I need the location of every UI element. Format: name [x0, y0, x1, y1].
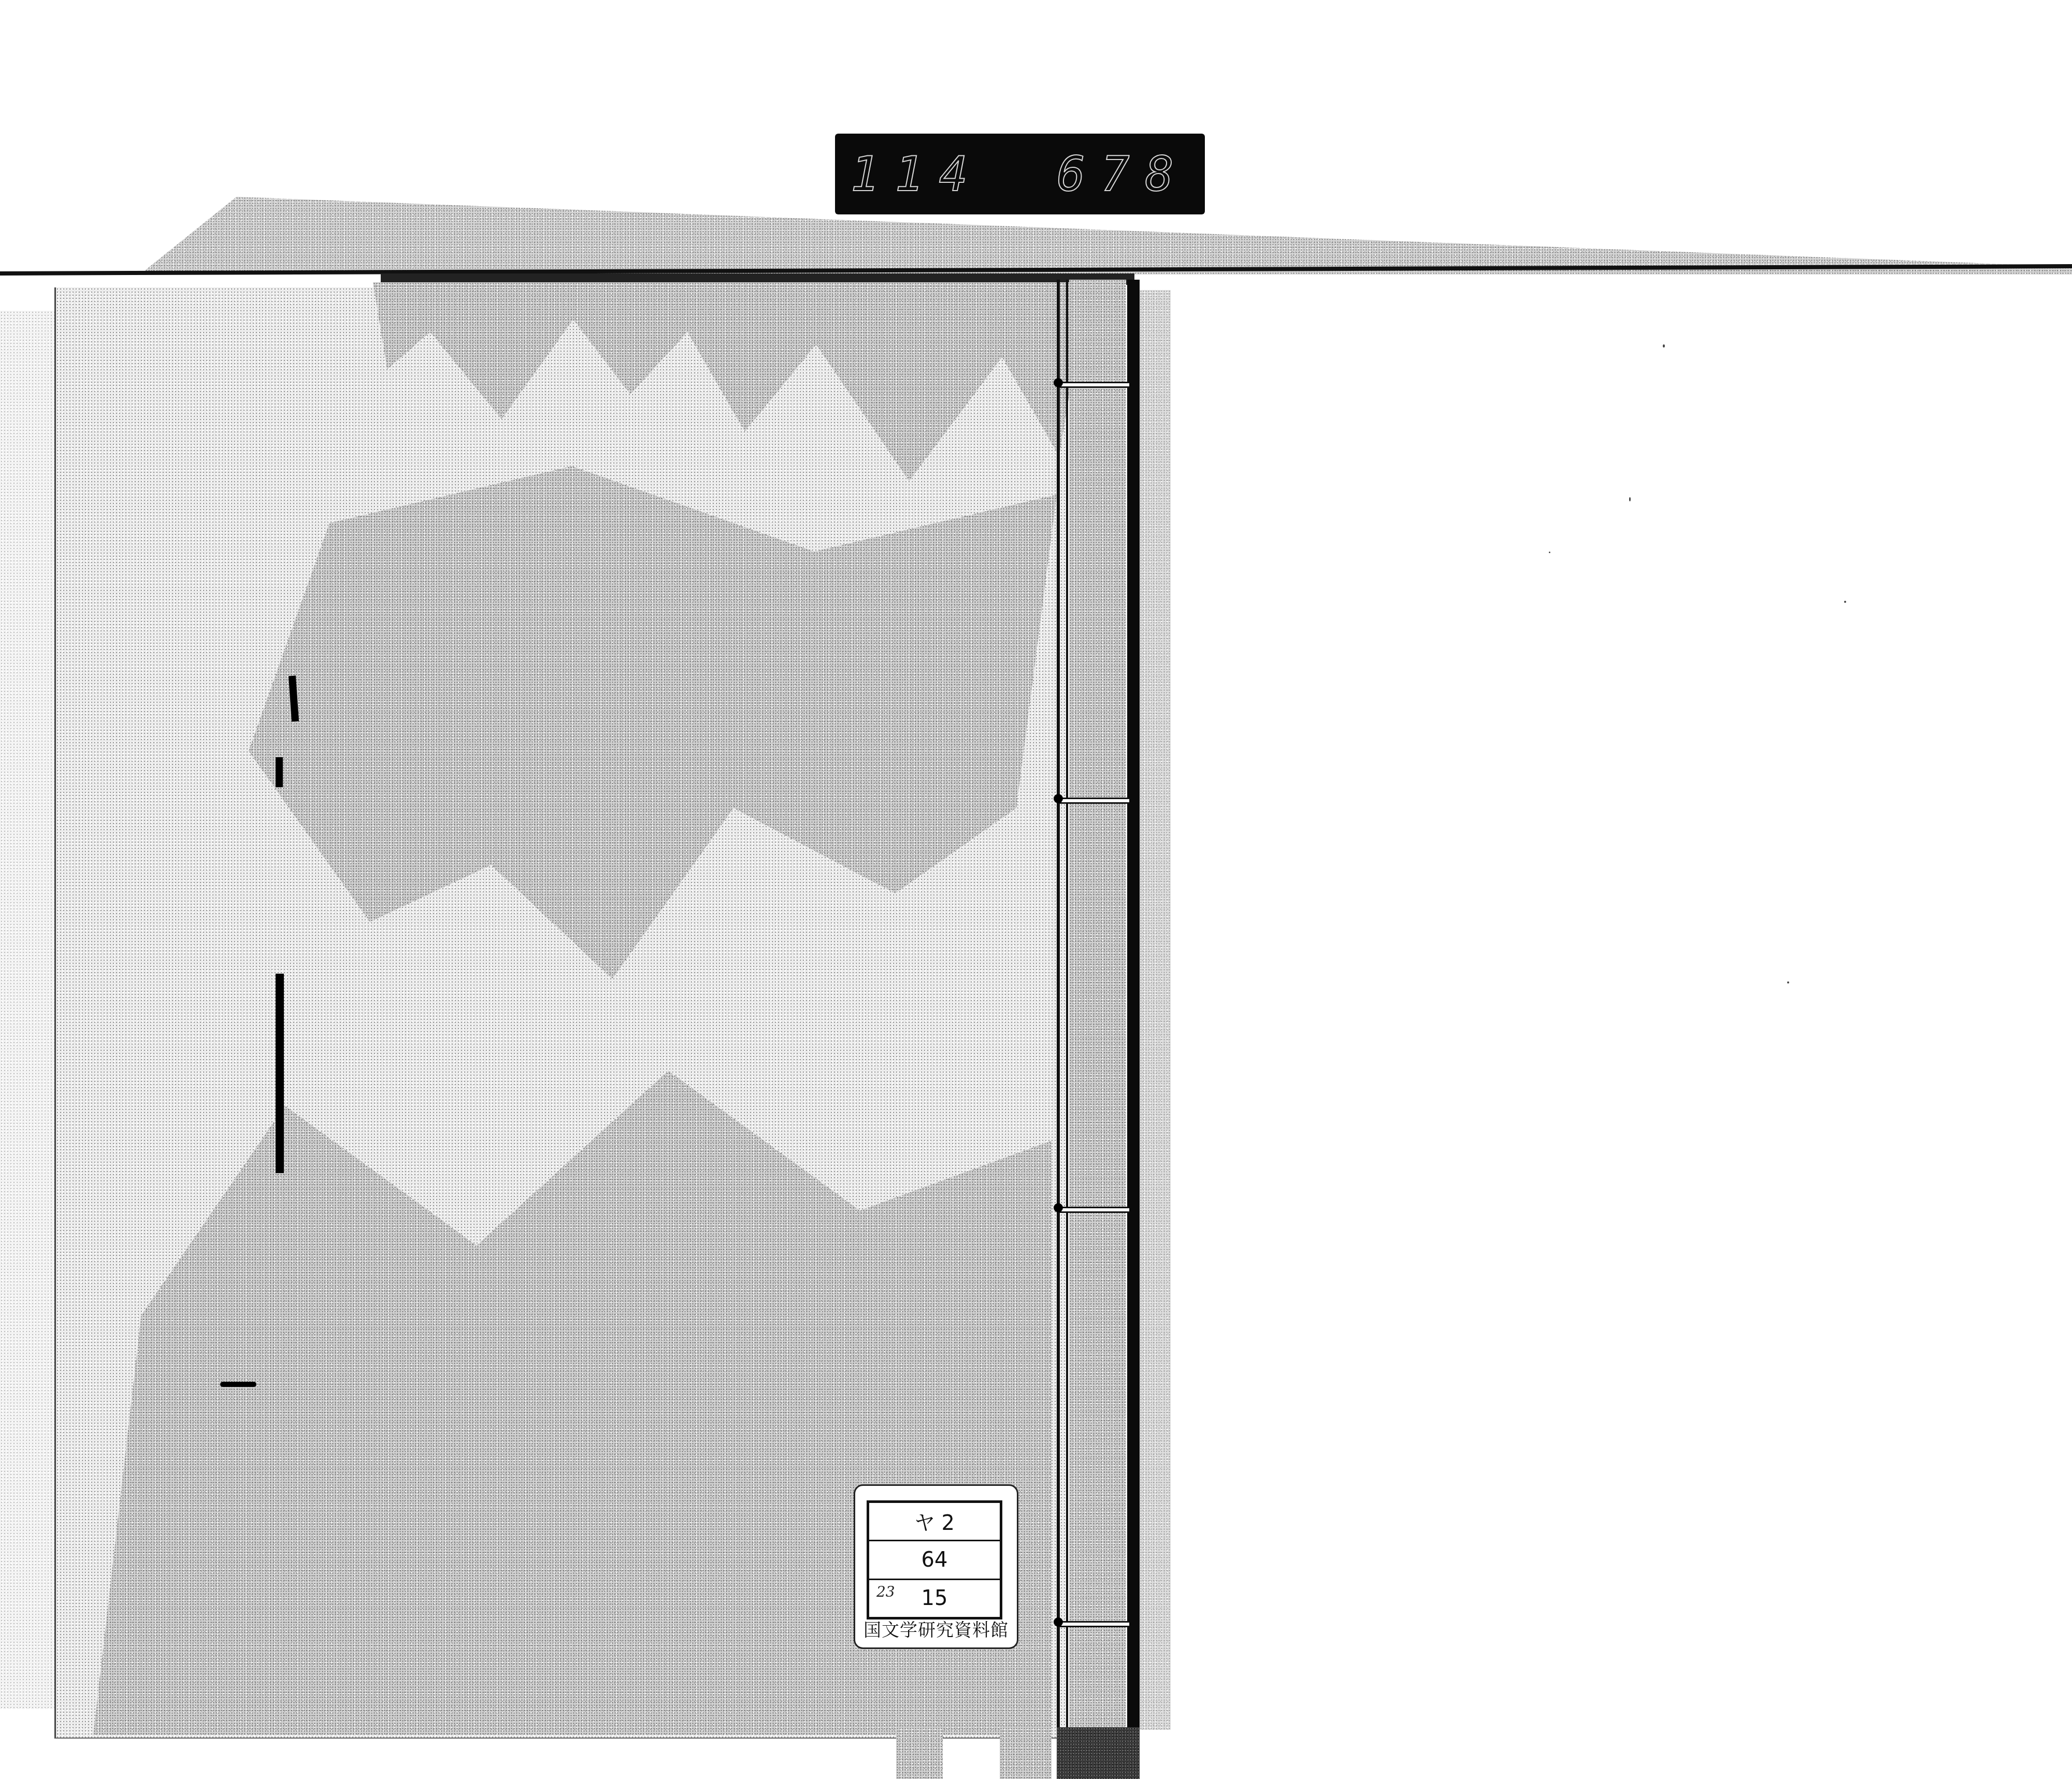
counter-right-value: 678 — [1057, 147, 1189, 202]
institution-name: 国文学研究資料館 — [855, 1616, 1017, 1641]
call-number-row-3-value: 15 — [922, 1586, 948, 1610]
handwritten-note: 23 — [876, 1583, 895, 1600]
binding-hole-4 — [1054, 1617, 1063, 1627]
page-block-edge — [1140, 290, 1171, 1730]
library-label: ヤ 2 64 23 15 国文学研究資料館 — [854, 1484, 1018, 1649]
spine-inner-line — [1066, 280, 1068, 1730]
dust-speck — [1629, 497, 1631, 501]
title-slip-border-long — [276, 974, 284, 1109]
left-margin-shadow — [0, 311, 57, 1709]
call-number-row-2: 64 — [869, 1541, 1000, 1580]
call-number-grid: ヤ 2 64 23 15 — [867, 1500, 1002, 1619]
dust-speck — [1844, 601, 1846, 603]
binding-stitch-4 — [1057, 1621, 1129, 1627]
binding-hole-3 — [1054, 1203, 1063, 1212]
dust-speck — [1549, 552, 1550, 553]
binding-stitch-1 — [1057, 382, 1129, 388]
frame-counter-display: 114 678 — [835, 134, 1205, 214]
binding-hole-2 — [1054, 794, 1063, 803]
book-spine — [1057, 280, 1140, 1730]
binding-hole-1 — [1054, 378, 1063, 387]
binding-stitch-2 — [1057, 798, 1129, 804]
call-number-row-1: ヤ 2 — [869, 1503, 1000, 1541]
dust-speck — [1787, 981, 1789, 983]
spine-panel — [1069, 280, 1126, 1730]
bottom-page-left — [896, 1727, 943, 1779]
title-slip-border-mid — [276, 757, 283, 787]
title-slip-border-low — [276, 1098, 284, 1173]
bottom-page-block — [896, 1727, 1140, 1779]
spine-edge-line — [1057, 280, 1060, 1730]
counter-left-value: 114 — [851, 147, 983, 202]
bottom-page-middle — [1000, 1727, 1052, 1779]
title-slip-border-bottom — [220, 1382, 256, 1387]
dust-speck — [1663, 344, 1665, 348]
bottom-page-right — [1057, 1727, 1140, 1779]
spine-shadow — [1127, 280, 1140, 1730]
binding-stitch-3 — [1057, 1207, 1129, 1213]
call-number-row-3: 23 15 — [869, 1580, 1000, 1617]
